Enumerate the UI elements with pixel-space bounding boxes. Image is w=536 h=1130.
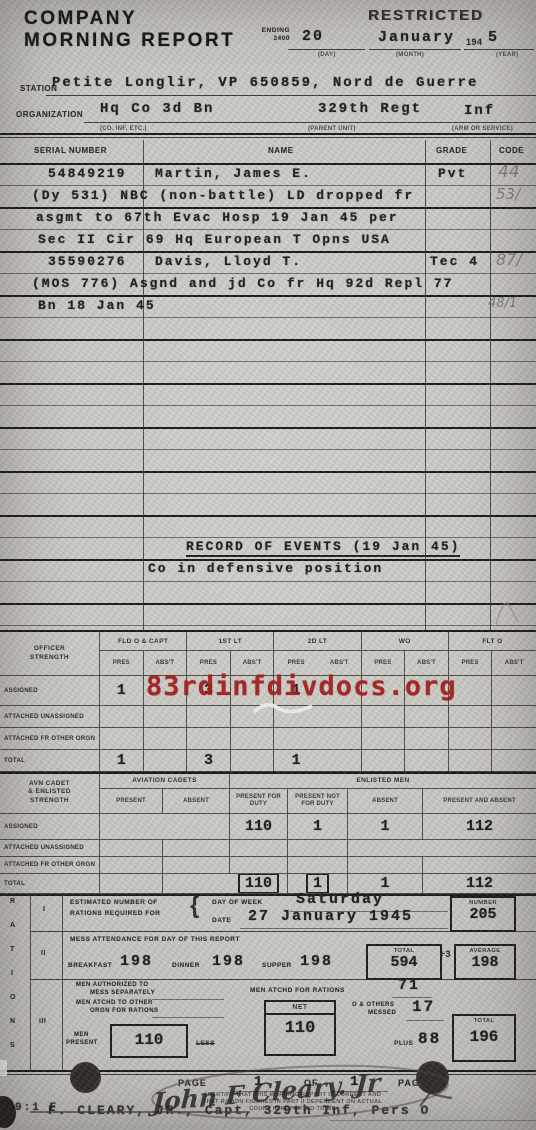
officer-cell-empty xyxy=(492,706,536,728)
enlisted-cell-empty xyxy=(423,857,536,874)
rations-number-box: NUMBER 205 xyxy=(450,896,516,932)
rations-part2-numeral: II xyxy=(41,950,46,957)
enlisted-corner-line1: AVN CADET xyxy=(29,780,70,788)
roster-rule xyxy=(0,251,536,253)
mess-average-box: AVERAGE 198 xyxy=(454,944,516,980)
officer-cell-empty xyxy=(187,728,231,750)
atchd-for-rations-label: MEN ATCHD FOR RATIONS xyxy=(250,987,345,994)
entry1-code-handwritten: 44 xyxy=(498,162,520,182)
entry2-line2: (MOS 776) Asgnd and jd Co fr Hq 92d Repl… xyxy=(32,276,453,291)
officer-cell-empty xyxy=(449,728,493,750)
rations-grand-total-value: 196 xyxy=(454,1028,514,1046)
enlisted-cell-empty xyxy=(100,814,163,840)
dinner-label: DINNER xyxy=(172,962,200,969)
roster-col-code: CODE xyxy=(499,146,524,155)
roster-rule xyxy=(0,581,536,582)
rations-letter-a: A xyxy=(10,922,16,929)
roster-col-grade: GRADE xyxy=(436,146,467,155)
day-of-week-value: Saturday xyxy=(296,891,384,908)
entry1-line3: asgmt to 67th Evac Hosp 19 Jan 45 per xyxy=(36,210,399,225)
roster-rule xyxy=(0,361,536,362)
roster-rule xyxy=(0,427,536,429)
less-label: LESS xyxy=(196,1040,215,1047)
officer-cell-empty xyxy=(231,728,275,750)
org-unit-value: Hq Co 3d Bn xyxy=(100,101,214,117)
enlisted-cell-empty xyxy=(163,857,230,874)
header-rule-bottom xyxy=(0,137,536,138)
entry1-grade: Pvt xyxy=(438,166,467,181)
enlisted-cell-empty xyxy=(230,857,288,874)
station-underline xyxy=(46,95,536,96)
record-of-events-entry: Co in defensive position xyxy=(148,561,383,576)
officer-cell-empty xyxy=(449,750,493,772)
officer-cell-empty xyxy=(274,728,318,750)
officer-cell-empty xyxy=(362,728,406,750)
officer-cell-empty xyxy=(492,750,536,772)
mess-total-value: 594 xyxy=(368,954,440,971)
plus-value: 88 xyxy=(418,1030,441,1048)
ending-value: 2400 xyxy=(274,35,290,42)
atchd-other-label-1: MEN ATCHD TO OTHER xyxy=(76,1000,153,1006)
officer-cell-empty xyxy=(231,750,275,772)
rations-letter-s: S xyxy=(10,1042,15,1049)
entry2-name: Davis, Lloyd T. xyxy=(155,254,302,269)
date-value: 27 January 1945 xyxy=(248,908,413,925)
supper-value: 198 xyxy=(300,953,333,970)
enlisted-assigned-present-and-absent: 112 xyxy=(423,814,536,840)
roster-rule xyxy=(0,449,536,450)
org-parent-value: 329th Regt xyxy=(318,101,422,117)
entry1-name: Martin, James E. xyxy=(155,166,312,181)
others-messed-label-2: MESSED xyxy=(368,1010,396,1016)
officer-cell-empty xyxy=(318,750,362,772)
mess-separately-label-1: MEN AUTHORIZED TO xyxy=(76,982,149,988)
organization-label: ORGANIZATION xyxy=(16,110,83,119)
entry2-line3: Bn 18 Jan 45 xyxy=(38,298,156,313)
roster-col-serial: SERIAL NUMBER xyxy=(34,146,107,155)
others-messed-underline xyxy=(406,1020,444,1021)
officer-cell-empty xyxy=(405,728,449,750)
mess-attendance-title: MESS ATTENDANCE FOR DAY OF THIS REPORT xyxy=(70,936,240,943)
station-value: Petite Longlir, VP 650859, Nord de Guerr… xyxy=(52,75,478,91)
ending-label: ENDING xyxy=(262,27,290,34)
rations-letter-n: N xyxy=(10,1018,16,1025)
year-sublabel: (YEAR) xyxy=(496,52,518,58)
morning-report-scan: COMPANY MORNING REPORT RESTRICTED ENDING… xyxy=(0,0,536,1130)
rations-number-value: 205 xyxy=(452,906,514,923)
enlisted-cell-empty xyxy=(100,840,163,857)
officer-table-corner: OFFICER STRENGTH xyxy=(0,632,100,676)
enlisted-row-assigned-label: ASSIGNED xyxy=(0,814,100,840)
enlisted-cell-empty xyxy=(230,840,288,857)
officer-total-2lt-pres: 1 xyxy=(274,750,318,772)
officer-cell-empty xyxy=(405,750,449,772)
month-sublabel: (MONTH) xyxy=(396,52,424,58)
entry1-line4: Sec II Cir 69 Hq European T Opns USA xyxy=(38,232,391,247)
mess-separately-label-2: MESS SEPARATELY xyxy=(90,990,155,996)
entry1-line2-code-handwritten: 53/ xyxy=(496,185,520,203)
rations-estimated-label-2: RATIONS REQUIRED FOR xyxy=(70,910,160,917)
day-of-week-label: DAY OF WEEK xyxy=(212,899,263,906)
enlisted-corner-line2: & ENLISTED xyxy=(28,788,71,796)
officer-group-2d-lt: 2D LT xyxy=(274,632,361,651)
rations-estimated-label-1: ESTIMATED NUMBER OF xyxy=(70,899,158,906)
officer-cell-empty xyxy=(100,728,144,750)
rations-letter-r: R xyxy=(10,898,16,905)
officer-cell-empty xyxy=(187,706,231,728)
roster-rule xyxy=(0,317,536,318)
enlisted-strength-table: AVN CADET & ENLISTED STRENGTH AVIATION C… xyxy=(0,772,536,896)
record-of-events-title: RECORD OF EVENTS (19 Jan 45) xyxy=(186,539,460,557)
day-sublabel: (DAY) xyxy=(318,52,336,58)
men-present-box: 110 xyxy=(110,1024,188,1058)
officer-subhead-abst: ABS'T xyxy=(492,651,536,676)
day-underline xyxy=(288,49,365,50)
net-box: NET 110 xyxy=(264,1000,336,1056)
scan-edge-blob xyxy=(0,1096,16,1128)
officer-group-fldo-capt: FLD O & CAPT xyxy=(100,632,187,651)
officer-cell-empty xyxy=(318,706,362,728)
month-underline xyxy=(369,49,461,50)
roster-rule xyxy=(0,537,536,538)
year-prefix: 194 xyxy=(466,37,483,47)
plus-label: PLUS xyxy=(394,1040,413,1047)
report-month: January xyxy=(378,29,455,46)
enlisted-total-present-and-absent: 112 xyxy=(423,874,536,894)
report-day: 20 xyxy=(302,28,324,45)
officer-cell-empty xyxy=(318,728,362,750)
rations-part3-numeral: III xyxy=(39,1018,46,1025)
roster-rule xyxy=(0,515,536,517)
roster-rule xyxy=(0,207,536,209)
enlisted-assigned-absent: 1 xyxy=(348,814,423,840)
roster-col-name: NAME xyxy=(268,146,294,155)
entry2-line3-code-handwritten: 48/1 xyxy=(488,296,517,311)
enlisted-subhead-absent2: ABSENT xyxy=(348,789,423,814)
men-present-label-1: MEN xyxy=(74,1032,89,1038)
enlisted-cell-empty xyxy=(100,857,163,874)
officer-cell-empty xyxy=(492,728,536,750)
enlisted-cell-empty xyxy=(163,840,230,857)
enlisted-subhead-present-for-duty: PRESENT FOR DUTY xyxy=(230,789,288,814)
enlisted-cell-empty xyxy=(100,874,163,894)
roster-rule xyxy=(0,603,536,605)
officer-cell-empty xyxy=(405,706,449,728)
officer-group-wo: WO xyxy=(362,632,449,651)
org-arm-sublabel: (ARM OR SERVICE) xyxy=(452,126,513,132)
roster-rule xyxy=(0,471,536,473)
org-parent-sublabel: (PARENT UNIT) xyxy=(308,126,356,132)
enlisted-total-present-for-duty: 110 xyxy=(238,874,279,894)
dinner-value: 198 xyxy=(212,953,245,970)
men-present-label-2: PRESENT xyxy=(66,1040,98,1046)
archive-watermark: 83rdinfdivdocs.org xyxy=(146,671,457,702)
officer-row-assigned-label: ASSIGNED xyxy=(0,676,100,706)
rations-letter-i: I xyxy=(11,970,13,977)
rations-letter-t: T xyxy=(10,946,15,953)
rations-vline-letters xyxy=(30,894,31,1072)
enlisted-row-attached-fr-other-label: ATTACHED FR OTHER ORGN xyxy=(0,857,100,874)
officer-row-attached-unassigned-label: ATTACHED UNASSIGNED xyxy=(0,706,100,728)
officer-cell-empty xyxy=(362,706,406,728)
form-title-line2: MORNING REPORT xyxy=(24,30,235,52)
atchd-other-blank xyxy=(152,1017,224,1018)
roster-rule xyxy=(0,339,536,341)
entry1-serial: 54849219 xyxy=(48,166,126,181)
scan-edge-white-sliver xyxy=(0,1060,7,1076)
officer-cell-empty xyxy=(100,706,144,728)
roster-header-rule xyxy=(0,163,536,165)
enlisted-cell-empty xyxy=(348,857,423,874)
roster-rule xyxy=(0,493,536,494)
enlisted-subhead-present: PRESENT xyxy=(100,789,163,814)
roster-rule xyxy=(0,383,536,385)
mess-average-value: 198 xyxy=(456,954,514,971)
divide-by-3: ÷3 xyxy=(440,950,452,960)
enlisted-row-attached-unassigned-label: ATTACHED UNASSIGNED xyxy=(0,840,100,857)
entry2-code-handwritten: 87/ xyxy=(496,250,522,269)
pencil-mark xyxy=(492,594,522,628)
officer-subhead-pres: PRES xyxy=(100,651,144,676)
rations-grand-total-box: TOTAL 196 xyxy=(452,1014,516,1062)
year-underline xyxy=(464,49,534,50)
enlisted-total-present-for-duty-cell: 110 xyxy=(230,874,288,894)
entry2-grade: Tec 4 xyxy=(430,254,479,269)
year-digit: 5 xyxy=(488,29,499,46)
officer-corner-line1: OFFICER xyxy=(34,645,65,653)
enlisted-corner-line3: STRENGTH xyxy=(30,797,69,805)
org-unit-sublabel: (CO. INF. ETC.) xyxy=(100,126,147,132)
enlisted-subhead-absent: ABSENT xyxy=(163,789,230,814)
roster-rule xyxy=(0,229,536,230)
enlisted-subhead-present-and-absent: PRESENT AND ABSENT xyxy=(423,789,536,814)
breakfast-value: 198 xyxy=(120,953,153,970)
enlisted-row-total-label: TOTAL xyxy=(0,874,100,894)
ending-2400-label: ENDING 2400 xyxy=(248,27,290,43)
net-value: 110 xyxy=(266,1019,334,1038)
enlisted-group-enlisted-men: ENLISTED MEN xyxy=(230,772,536,789)
officer-row-attached-fr-other-label: ATTACHED FR OTHER ORGN xyxy=(0,728,100,750)
rations-vline-numerals xyxy=(62,894,63,1072)
roster-rule xyxy=(0,405,536,406)
supper-label: SUPPER xyxy=(262,962,292,969)
roster-rule xyxy=(0,185,536,186)
roster-rule xyxy=(0,625,536,626)
roster-vline-code xyxy=(490,140,491,630)
officer-cell-empty xyxy=(144,728,188,750)
officer-cell-empty xyxy=(492,676,536,706)
enlisted-cell-empty xyxy=(423,840,536,857)
net-label: NET xyxy=(266,1004,334,1015)
enlisted-group-aviation-cadets: AVIATION CADETS xyxy=(100,772,230,789)
rations-letter-o: O xyxy=(10,994,16,1001)
entry2-serial: 35590276 xyxy=(48,254,126,269)
officer-total-fld-pres: 1 xyxy=(100,750,144,772)
org-arm-value: Inf xyxy=(464,103,495,119)
atchd-for-rations-value: 71 xyxy=(398,977,420,994)
enlisted-cell-empty xyxy=(288,857,348,874)
enlisted-cell-empty xyxy=(163,874,230,894)
mess-separately-blank xyxy=(152,999,224,1000)
officer-group-1st-lt: 1ST LT xyxy=(187,632,274,651)
others-messed-label-1: O & OTHERS xyxy=(352,1002,394,1008)
others-messed-value: 17 xyxy=(412,998,435,1016)
header-rule-top xyxy=(0,133,536,135)
officer-total-1lt-pres: 3 xyxy=(187,750,231,772)
officer-corner-line2: STRENGTH xyxy=(30,654,69,662)
men-present-value: 110 xyxy=(112,1031,186,1049)
enlisted-cell-empty xyxy=(288,840,348,857)
date-label: DATE xyxy=(212,917,231,924)
restricted-stamp: RESTRICTED xyxy=(368,7,484,24)
officer-cell-empty xyxy=(144,750,188,772)
enlisted-cell-empty xyxy=(348,840,423,857)
enlisted-subhead-present-not-for-duty: PRESENT NOT FOR DUTY xyxy=(288,789,348,814)
organization-underline xyxy=(84,122,536,123)
punch-hole-left xyxy=(70,1062,101,1093)
breakfast-label: BREAKFAST xyxy=(68,962,112,969)
rations-brace: { xyxy=(190,892,199,920)
atchd-other-label-2: ORGN FOR RATIONS xyxy=(90,1008,159,1014)
entry1-line2: (Dy 531) NBC (non-battle) LD dropped fr xyxy=(32,188,414,203)
date-underline xyxy=(240,928,448,929)
enlisted-assigned-present-not-for-duty: 1 xyxy=(288,814,348,840)
officer-group-flt-o: FLT O xyxy=(449,632,536,651)
enlisted-table-corner: AVN CADET & ENLISTED STRENGTH xyxy=(0,772,100,814)
officer-cell-empty xyxy=(449,706,493,728)
officer-cell-empty xyxy=(144,706,188,728)
roster-rule xyxy=(0,273,536,274)
rations-part1-numeral: I xyxy=(43,906,45,913)
officer-assigned-fld-pres: 1 xyxy=(100,676,144,706)
officer-cell-empty xyxy=(362,750,406,772)
rations-grand-total-label: TOTAL xyxy=(454,1018,514,1024)
enlisted-cell-empty xyxy=(163,814,230,840)
form-title-line1: COMPANY xyxy=(24,8,137,30)
mess-total-box: TOTAL 594 xyxy=(366,944,442,980)
officer-row-total-label: TOTAL xyxy=(0,750,100,772)
enlisted-assigned-present-for-duty: 110 xyxy=(230,814,288,840)
roster-rule xyxy=(0,295,536,297)
